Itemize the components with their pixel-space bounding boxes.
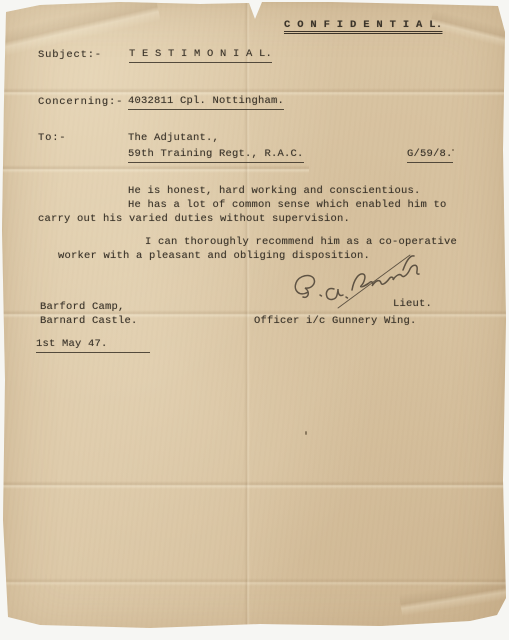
to-label: To:-	[38, 132, 66, 144]
confidential-heading: C O N F I D E N T I A L.	[284, 19, 442, 31]
date-line: 1st May 47.	[36, 338, 150, 353]
crease-line	[0, 481, 509, 489]
body-paragraph2-line1: I can thoroughly recommend him as a co-o…	[145, 236, 457, 248]
body-paragraph1-line2: He has a lot of common sense which enabl…	[128, 199, 447, 211]
crease-line	[0, 165, 309, 173]
recipient-line-2: 59th Training Regt., R.A.C.	[128, 148, 304, 163]
reference-number: G/59/8.	[407, 148, 453, 163]
paper-speck	[305, 431, 307, 435]
concerning-label: Concerning:-	[38, 96, 123, 108]
crease-line	[399, 576, 509, 617]
body-paragraph1-line3: carry out his varied duties without supe…	[38, 213, 350, 225]
reference-number-text: G/59/8.	[407, 148, 453, 163]
scanned-letter-page: C O N F I D E N T I A L. Subject:- T E S…	[0, 0, 509, 640]
address-line-1: Barford Camp,	[40, 301, 125, 313]
subject-value: T E S T I M O N I A L.	[129, 48, 272, 63]
signer-rank: Lieut.	[393, 298, 432, 310]
letter-paper: C O N F I D E N T I A L. Subject:- T E S…	[0, 0, 509, 640]
subject-value-text: T E S T I M O N I A L.	[129, 48, 272, 63]
recipient-line-1: The Adjutant.,	[128, 132, 219, 144]
crease-line	[0, 578, 509, 586]
address-line-2: Barnard Castle.	[40, 315, 138, 327]
subject-label: Subject:-	[38, 49, 102, 61]
concerning-value: 4032811 Cpl. Nottingham.	[128, 95, 284, 110]
concerning-value-text: 4032811 Cpl. Nottingham.	[128, 95, 284, 110]
recipient-line-2-text: 59th Training Regt., R.A.C.	[128, 148, 304, 163]
body-paragraph1-line1: He is honest, hard working and conscient…	[128, 185, 421, 197]
date-text: 1st May 47.	[36, 338, 150, 353]
signer-title: Officer i/c Gunnery Wing.	[254, 315, 417, 327]
